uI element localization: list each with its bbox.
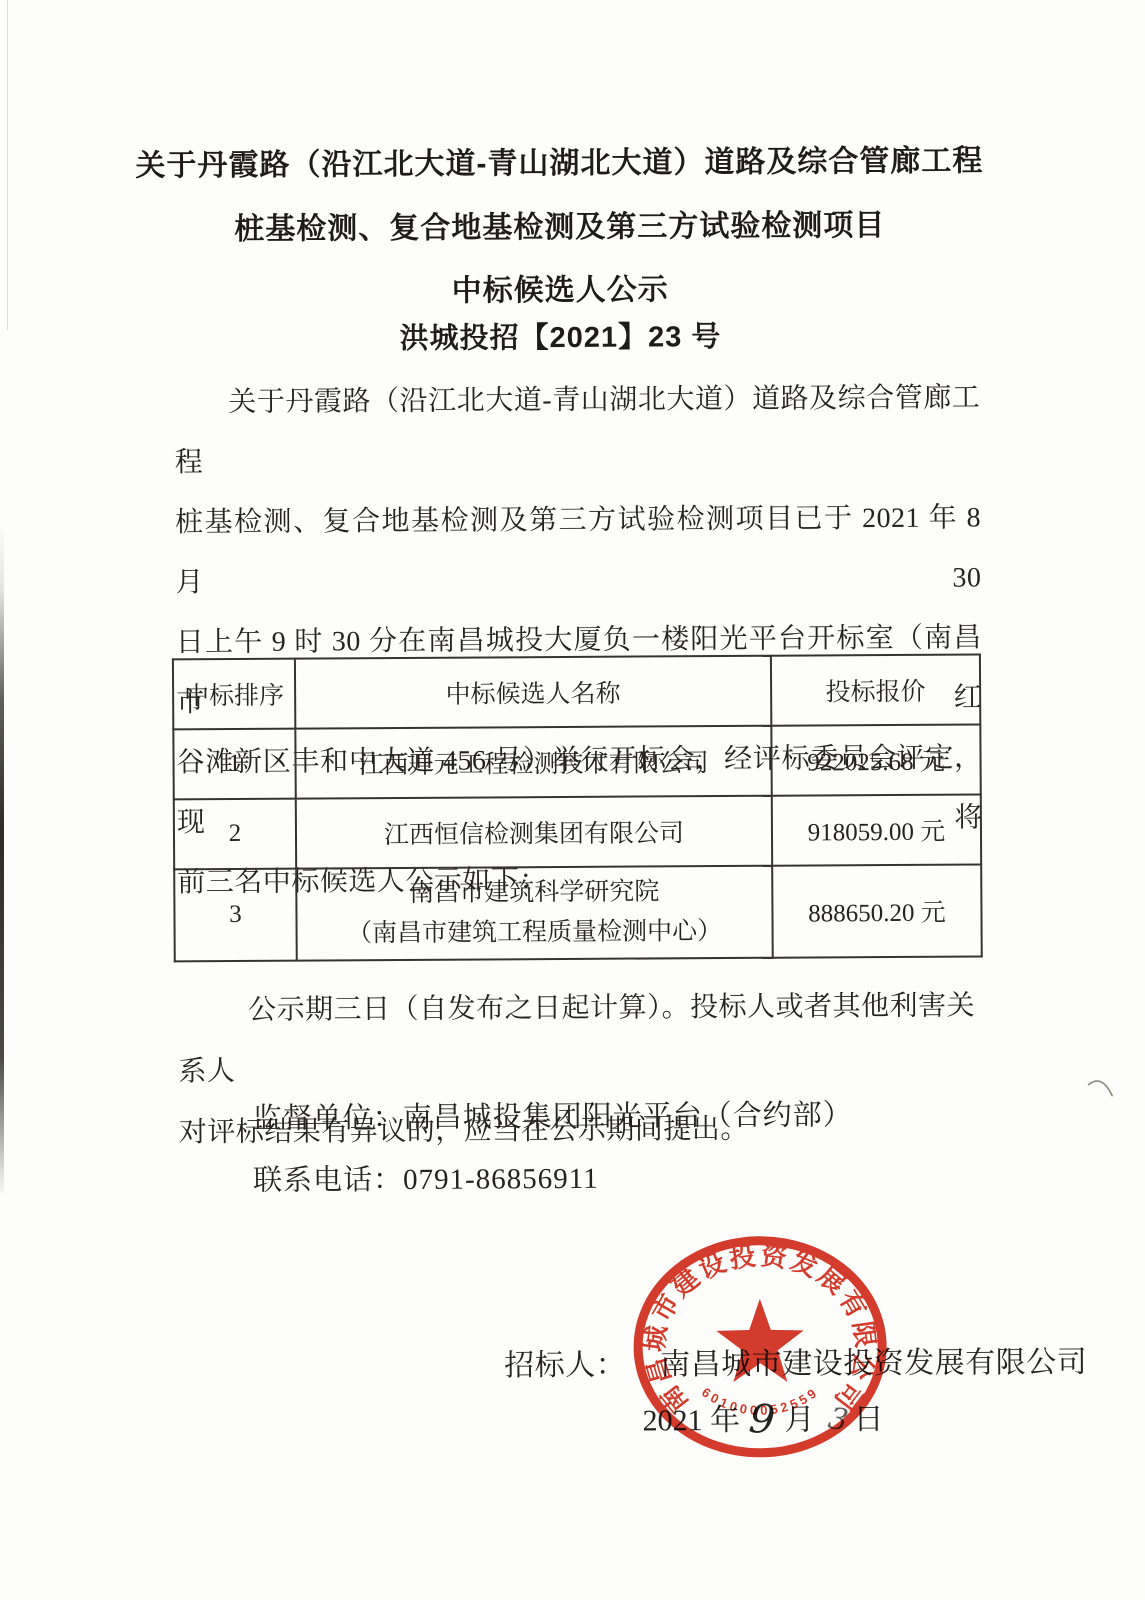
rank-cell: 2 [174,799,296,870]
supervisor-line: 监督单位：南昌城投集团阳光平台（合约部） [253,1092,853,1137]
candidate-name-line2: （南昌市建筑工程质量检测中心） [297,912,771,955]
rank-cell: 3 [174,869,297,962]
candidate-name-cell: 江西开元工程检测技术有限公司 [295,726,771,799]
notice-line: 公示期三日（自发布之日起计算）。投标人或者其他利害关系人 [178,975,993,1102]
table-row: 2 江西恒信检测集团有限公司 918059.00 元 [174,794,981,869]
document-number: 洪城投招【2021】23 号 [0,312,1123,360]
seal-star-icon [716,1299,804,1383]
pen-mark-artifact [1086,1079,1120,1109]
candidate-name-line1: 南昌市建筑科学研究院 [297,872,771,915]
col-header-rank: 中标排序 [173,659,295,730]
title-line-2: 桩基检测、复合地基检测及第三方试验检测项目 [0,199,1122,250]
bid-candidates-table: 中标排序 中标候选人名称 投标报价 1 江西开元工程检测技术有限公司 92202… [172,653,983,962]
title-line-1: 关于丹霞路（沿江北大道-青山湖北大道）道路及综合管廊工程 [0,135,1122,186]
candidate-name-cell: 南昌市建筑科学研究院 （南昌市建筑工程质量检测中心） [296,866,773,961]
col-header-price: 投标报价 [771,654,980,725]
body-line: 桩基检测、复合地基检测及第三方试验检测项目已于 2021 年 8 月 30 [175,488,982,613]
body-line: 关于丹霞路（沿江北大道-青山湖北大道）道路及综合管廊工程 [174,368,981,493]
rank-cell: 1 [173,729,295,800]
document-content: 关于丹霞路（沿江北大道-青山湖北大道）道路及综合管廊工程 桩基检测、复合地基检测… [0,0,1131,1600]
scanned-document-page: 关于丹霞路（沿江北大道-青山湖北大道）道路及综合管廊工程 桩基检测、复合地基检测… [0,0,1145,1600]
bid-price-cell: 918059.00 元 [772,794,981,865]
bidder-label: 招标人： [504,1349,626,1383]
table-row: 1 江西开元工程检测技术有限公司 922025.68 元 [173,724,980,799]
seal-code-arc-text: 601000052559 [699,1384,822,1419]
col-header-name: 中标候选人名称 [295,656,771,729]
phone-line: 联系电话：0791-86856911 [253,1156,599,1199]
company-seal: 南昌城市建设投资发展有限公司 601000052559 [609,1215,911,1485]
seal-code-textpath: 601000052559 [699,1384,822,1419]
bid-price-cell: 888650.20 元 [772,864,982,957]
table-header-row: 中标排序 中标候选人名称 投标报价 [173,654,980,729]
table-row: 3 南昌市建筑科学研究院 （南昌市建筑工程质量检测中心） 888650.20 元 [174,864,982,961]
candidate-name-cell: 江西恒信检测集团有限公司 [296,796,772,869]
bid-price-cell: 922025.68 元 [771,724,980,795]
title-line-3: 中标候选人公示 [0,262,1123,313]
